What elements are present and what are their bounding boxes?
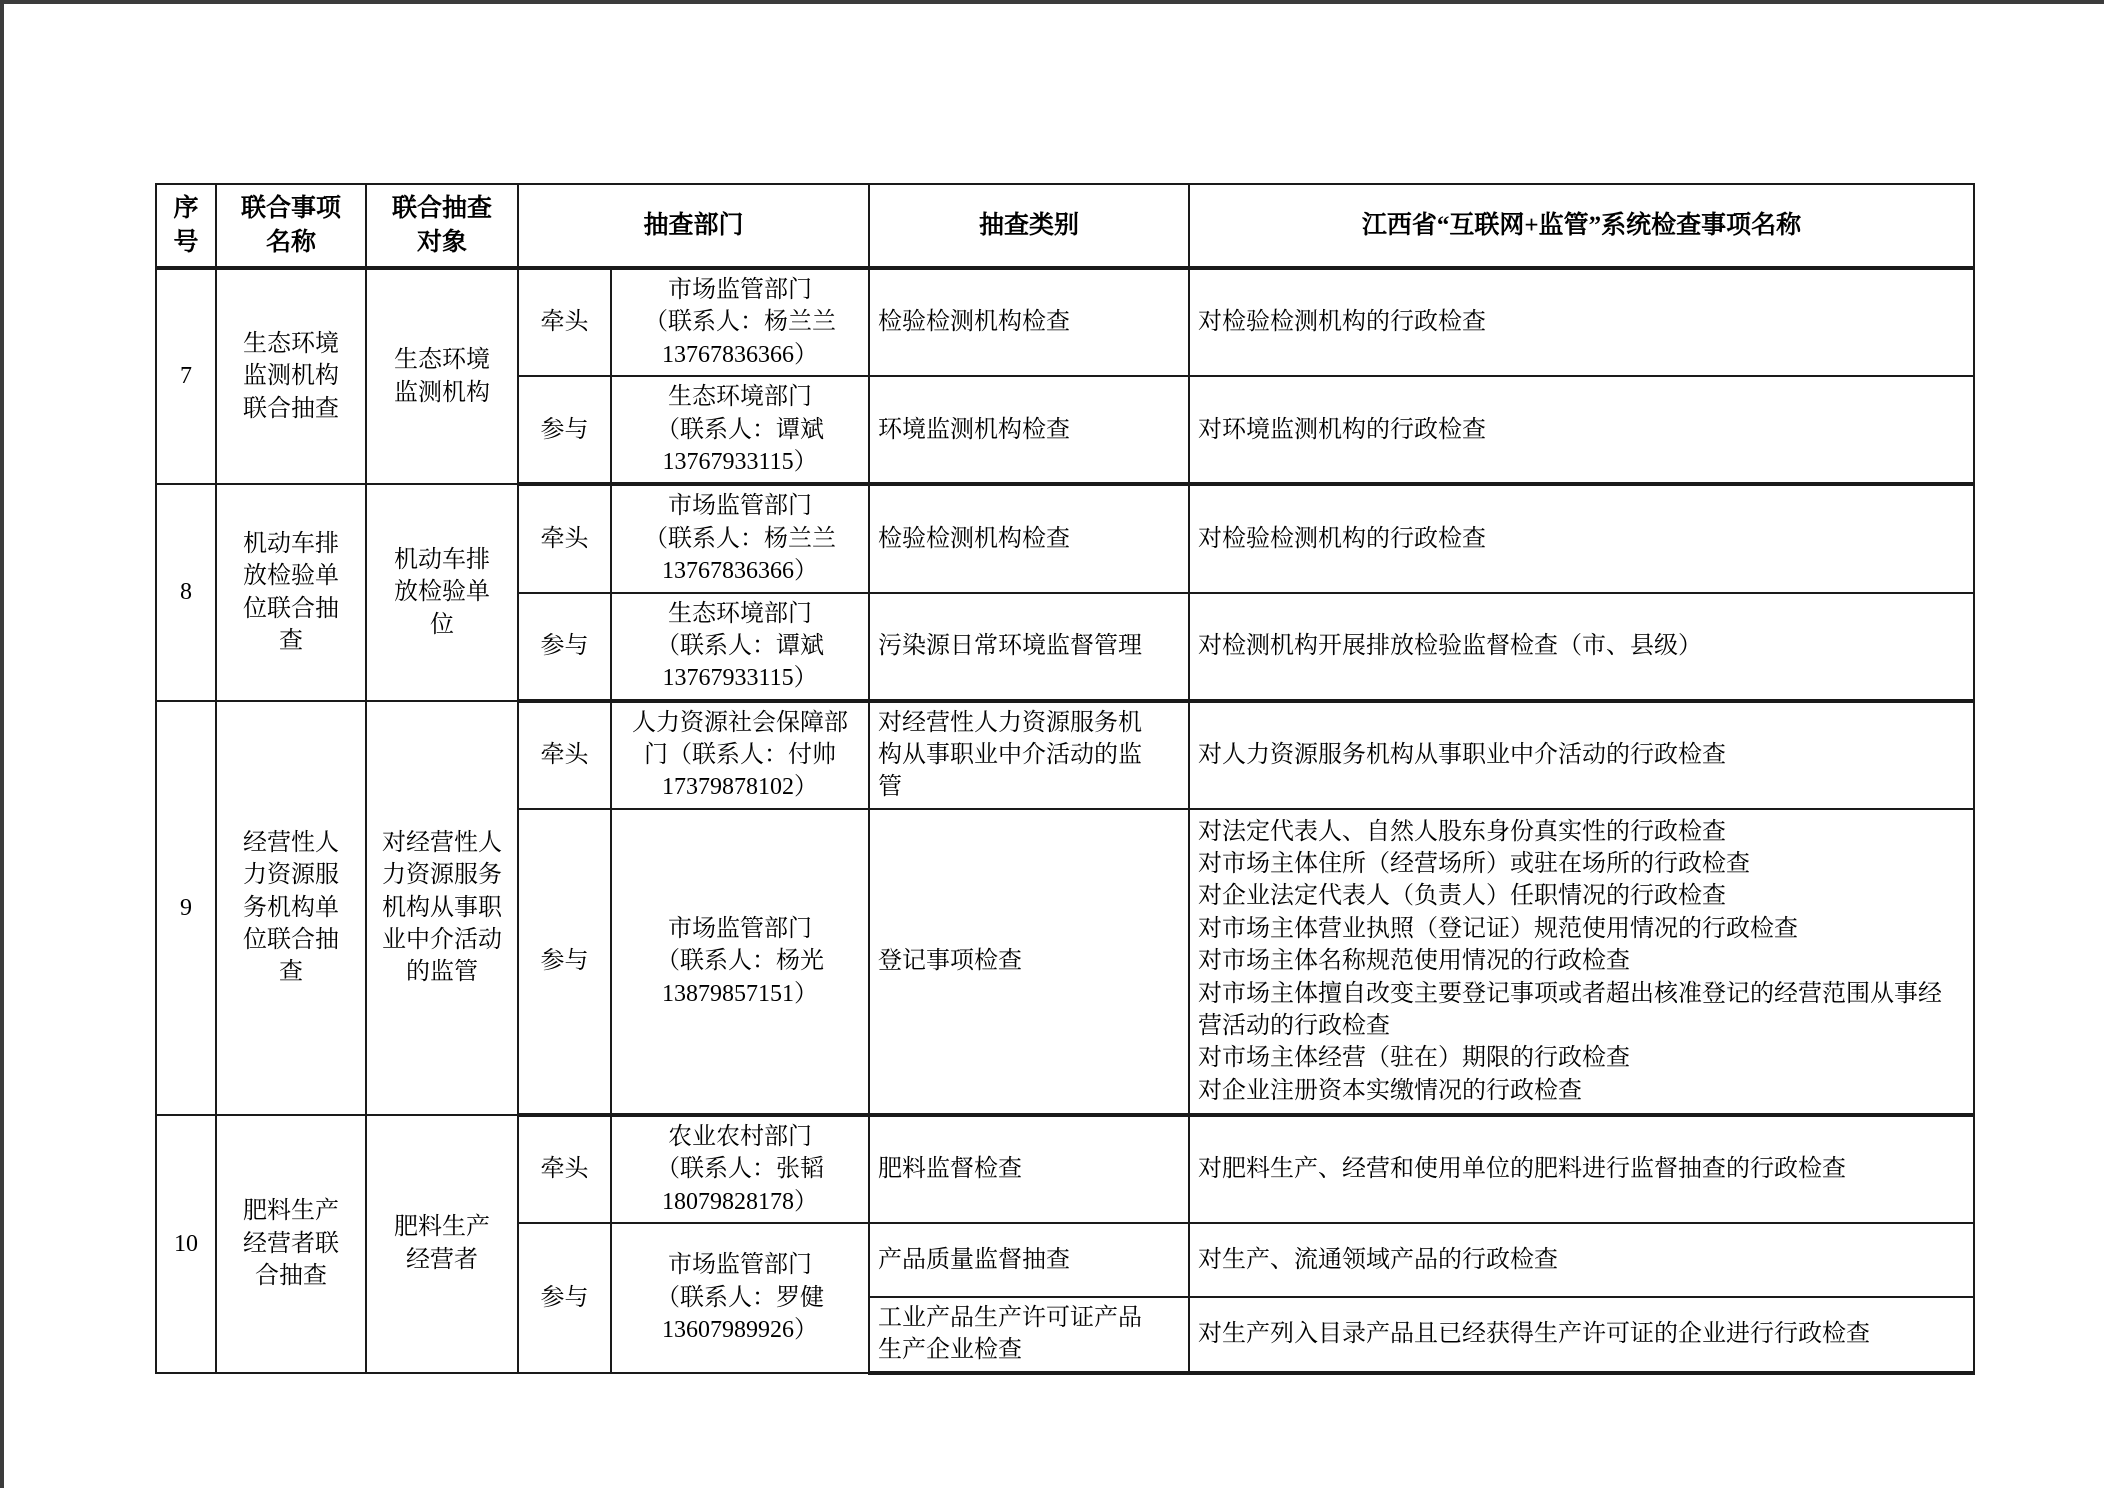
row10-part-role: 参与 (518, 1223, 611, 1373)
row8-part-items: 对检测机构开展排放检验监督检查（市、县级） (1189, 593, 1974, 701)
row7-part-items: 对环境监测机构的行政检查 (1189, 376, 1974, 484)
row10-lead-items: 对肥料生产、经营和使用单位的肥料进行监督抽查的行政检查 (1189, 1115, 1974, 1223)
joint-inspection-table: 序 号 联合事项 名称 联合抽查 对象 抽查部门 抽查类别 江西省“互联网+监管… (155, 183, 1975, 1375)
row9-part-dept: 市场监管部门 （联系人：杨光 13879857151） (611, 809, 869, 1115)
row10-lead-role: 牵头 (518, 1115, 611, 1223)
row8-target: 机动车排 放检验单 位 (366, 484, 518, 700)
row8-part-dept: 生态环境部门 （联系人：谭斌 13767933115） (611, 593, 869, 701)
row7-target: 生态环境 监测机构 (366, 268, 518, 484)
row9-part-category: 登记事项检查 (869, 809, 1189, 1115)
row9-target: 对经营性人 力资源服务 机构从事职 业中介活动 的监管 (366, 701, 518, 1115)
row7-joint-name: 生态环境 监测机构 联合抽查 (216, 268, 366, 484)
header-dept: 抽查部门 (518, 184, 869, 268)
table-row: 7 生态环境 监测机构 联合抽查 生态环境 监测机构 牵头 市场监管部门 （联系… (156, 268, 1974, 376)
row9-joint-name: 经营性人 力资源服 务机构单 位联合抽 查 (216, 701, 366, 1115)
row10-part-items-1: 对生产、流通领域产品的行政检查 (1189, 1223, 1974, 1297)
header-item-name: 江西省“互联网+监管”系统检查事项名称 (1189, 184, 1974, 268)
row7-lead-items: 对检验检测机构的行政检查 (1189, 268, 1974, 376)
table-header-row: 序 号 联合事项 名称 联合抽查 对象 抽查部门 抽查类别 江西省“互联网+监管… (156, 184, 1974, 268)
row8-lead-items: 对检验检测机构的行政检查 (1189, 484, 1974, 592)
header-category: 抽查类别 (869, 184, 1189, 268)
row10-part-items-2: 对生产列入目录产品且已经获得生产许可证的企业进行行政检查 (1189, 1297, 1974, 1373)
row8-part-role: 参与 (518, 593, 611, 701)
row7-part-role: 参与 (518, 376, 611, 484)
row7-lead-category: 检验检测机构检查 (869, 268, 1189, 376)
row7-part-dept: 生态环境部门 （联系人：谭斌 13767933115） (611, 376, 869, 484)
row10-part-category-2: 工业产品生产许可证产品 生产企业检查 (869, 1297, 1189, 1373)
row9-seq: 9 (156, 701, 216, 1115)
row10-seq: 10 (156, 1115, 216, 1373)
row10-target: 肥料生产 经营者 (366, 1115, 518, 1373)
row8-seq: 8 (156, 484, 216, 700)
window-left-edge (0, 0, 4, 1488)
row9-lead-category: 对经营性人力资源服务机 构从事职业中介活动的监 管 (869, 701, 1189, 809)
row8-lead-dept: 市场监管部门 （联系人：杨兰兰 13767836366） (611, 484, 869, 592)
table-row: 8 机动车排 放检验单 位联合抽 查 机动车排 放检验单 位 牵头 市场监管部门… (156, 484, 1974, 592)
row8-part-category: 污染源日常环境监督管理 (869, 593, 1189, 701)
row9-lead-dept: 人力资源社会保障部 门（联系人：付帅 17379878102） (611, 701, 869, 809)
row9-part-items: 对法定代表人、自然人股东身份真实性的行政检查 对市场主体住所（经营场所）或驻在场… (1189, 809, 1974, 1115)
row9-lead-role: 牵头 (518, 701, 611, 809)
row10-lead-category: 肥料监督检查 (869, 1115, 1189, 1223)
row8-joint-name: 机动车排 放检验单 位联合抽 查 (216, 484, 366, 700)
table-row: 10 肥料生产 经营者联 合抽查 肥料生产 经营者 牵头 农业农村部门 （联系人… (156, 1115, 1974, 1223)
row7-seq: 7 (156, 268, 216, 484)
row10-joint-name: 肥料生产 经营者联 合抽查 (216, 1115, 366, 1373)
row9-lead-items: 对人力资源服务机构从事职业中介活动的行政检查 (1189, 701, 1974, 809)
table-row: 9 经营性人 力资源服 务机构单 位联合抽 查 对经营性人 力资源服务 机构从事… (156, 701, 1974, 809)
header-seq: 序 号 (156, 184, 216, 268)
header-joint-name: 联合事项 名称 (216, 184, 366, 268)
row7-part-category: 环境监测机构检查 (869, 376, 1189, 484)
row10-lead-dept: 农业农村部门 （联系人：张韬 18079828178） (611, 1115, 869, 1223)
row10-part-dept: 市场监管部门 （联系人：罗健 13607989926） (611, 1223, 869, 1373)
row7-lead-dept: 市场监管部门 （联系人：杨兰兰 13767836366） (611, 268, 869, 376)
row10-part-category-1: 产品质量监督抽查 (869, 1223, 1189, 1297)
row8-lead-role: 牵头 (518, 484, 611, 592)
row7-lead-role: 牵头 (518, 268, 611, 376)
header-target: 联合抽查 对象 (366, 184, 518, 268)
window-top-edge (0, 0, 2104, 4)
document-page: { "edge_color": "#3b3b3b", "table": { "h… (0, 0, 2104, 1488)
row9-part-role: 参与 (518, 809, 611, 1115)
row8-lead-category: 检验检测机构检查 (869, 484, 1189, 592)
